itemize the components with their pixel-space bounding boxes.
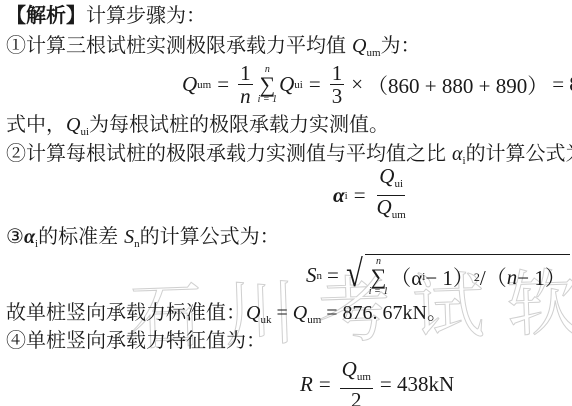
f3-sum: n∑i = 1: [369, 257, 389, 297]
f1-term-sub: ui: [294, 79, 303, 91]
note1-text: 为每根试桩的极限承载力实测值。: [89, 112, 389, 136]
step3-line: ③αi的标准差Sn的计算公式为：: [6, 224, 280, 256]
step1-line: ①计算三根试桩实测极限承载力平均值Qum为：: [6, 33, 421, 65]
step1-var-sub: um: [366, 47, 380, 59]
f1-sum-bottom: i = 1: [258, 95, 278, 105]
step4-line: ④单桩竖向承载力特征值为：: [6, 328, 266, 352]
conclusion-result: = 876. 67kN。: [321, 302, 447, 324]
f1-frac2: 13: [330, 62, 345, 107]
f2-num: Q: [379, 164, 394, 188]
f4-den: 2: [349, 389, 364, 406]
step4-text: 单桩竖向承载力特征值为：: [26, 328, 266, 352]
conclusion-eq: =: [271, 302, 292, 324]
f2-lhs: α: [333, 183, 345, 208]
f2-frac: Qui Qum: [375, 165, 408, 226]
step1-suffix: 为：: [381, 33, 421, 57]
conclusion-var1-sub: uk: [260, 314, 271, 326]
f2-den: Q: [377, 195, 392, 219]
conclusion-var2: Q: [293, 302, 307, 324]
analysis-label: 【解析】: [6, 3, 86, 27]
step2-text: 计算每根试桩的极限承载力实测值与平均值之比: [26, 141, 446, 165]
f1-times: ×: [351, 72, 363, 97]
f1-frac2-num: 1: [330, 62, 345, 85]
f3-inner2: − 1）: [425, 262, 474, 292]
f3-div: /（: [480, 262, 507, 292]
step2-line: ②计算每根试桩的极限承载力实测值与平均值之比αi的计算公式为：: [6, 141, 572, 173]
f3-n: n: [507, 265, 518, 290]
step1-marker: ①: [6, 33, 26, 57]
f1-paren: （860 + 880 + 890）: [367, 70, 548, 100]
f3-lhs-sub: n: [317, 270, 323, 282]
f4-num: Q: [342, 357, 357, 381]
note1-line: 式中，Qui为每根试桩的极限承载力实测值。: [6, 112, 389, 144]
f4-eq: =: [319, 372, 331, 397]
f2-eq: =: [354, 183, 366, 208]
f1-sum: n∑i = 1: [258, 65, 278, 105]
f3-lhs: S: [306, 263, 317, 288]
step2-suffix: 的计算公式为：: [466, 141, 572, 165]
f1-term: Q: [279, 72, 294, 97]
f3-eq: =: [327, 263, 339, 288]
f1-frac1-num: 1: [238, 62, 253, 85]
f3-tail: − 1）: [517, 262, 566, 292]
formula-characteristic: R = Qum 2 = 438kN: [300, 358, 454, 406]
f2-num-sub: ui: [394, 178, 403, 190]
f1-frac1-den: n: [238, 85, 253, 107]
f1-eq: =: [217, 72, 229, 97]
f2-den-sub: um: [392, 209, 406, 221]
f4-result: = 438kN: [380, 372, 454, 397]
step3-marker: ③: [6, 224, 24, 248]
f4-num-sub: um: [357, 371, 371, 383]
f3-sum-bottom: i = 1: [369, 287, 389, 297]
step3-text1: 的标准差: [38, 224, 118, 248]
note1-var: Q: [66, 114, 80, 136]
radical-icon: √: [346, 254, 363, 297]
f1-eq2: =: [309, 72, 321, 97]
f2-lhs-sub: i: [345, 190, 348, 202]
header-line: 【解析】计算步骤为：: [6, 3, 206, 27]
f3-sqrt: √ n∑i = 1 （αi − 1）2/（n − 1）: [344, 254, 570, 297]
step4-marker: ④: [6, 328, 26, 352]
step2-marker: ②: [6, 141, 26, 165]
step2-var: α: [452, 143, 463, 165]
conclusion-var1: Q: [246, 302, 260, 324]
conclusion-var2-sub: um: [307, 314, 321, 326]
note1-var-sub: ui: [80, 126, 89, 138]
note1-prefix: 式中，: [6, 112, 66, 136]
f1-result: = 876. 67kN: [552, 72, 572, 97]
formula-mean: Qum = 1n n∑i = 1 Qui = 13 × （860 + 880 +…: [182, 62, 572, 107]
step1-text: 计算三根试桩实测极限承载力平均值: [26, 33, 346, 57]
f1-lhs-sub: um: [197, 79, 211, 91]
step3-var: α: [24, 226, 35, 248]
f3-sum-sign: ∑: [371, 267, 387, 287]
f4-lhs: R: [300, 372, 313, 397]
formula-ratio: αi = Qui Qum: [333, 165, 411, 226]
formula-std: Sn = √ n∑i = 1 （αi − 1）2/（n − 1） < 0. 15: [306, 254, 572, 297]
step1-var: Q: [352, 35, 366, 57]
step3-var2: S: [124, 226, 134, 248]
header-title: 计算步骤为：: [86, 3, 206, 27]
step3-text2: 的计算公式为：: [140, 224, 280, 248]
f1-lhs: Q: [182, 72, 197, 97]
f4-frac: Qum 2: [340, 358, 373, 406]
f1-frac2-den: 3: [330, 85, 345, 107]
f1-sum-sign: ∑: [260, 75, 276, 95]
f1-frac1: 1n: [238, 62, 253, 107]
conclusion-text: 故单桩竖向承载力标准值：: [6, 300, 246, 324]
f3-inner: （α: [390, 262, 422, 292]
